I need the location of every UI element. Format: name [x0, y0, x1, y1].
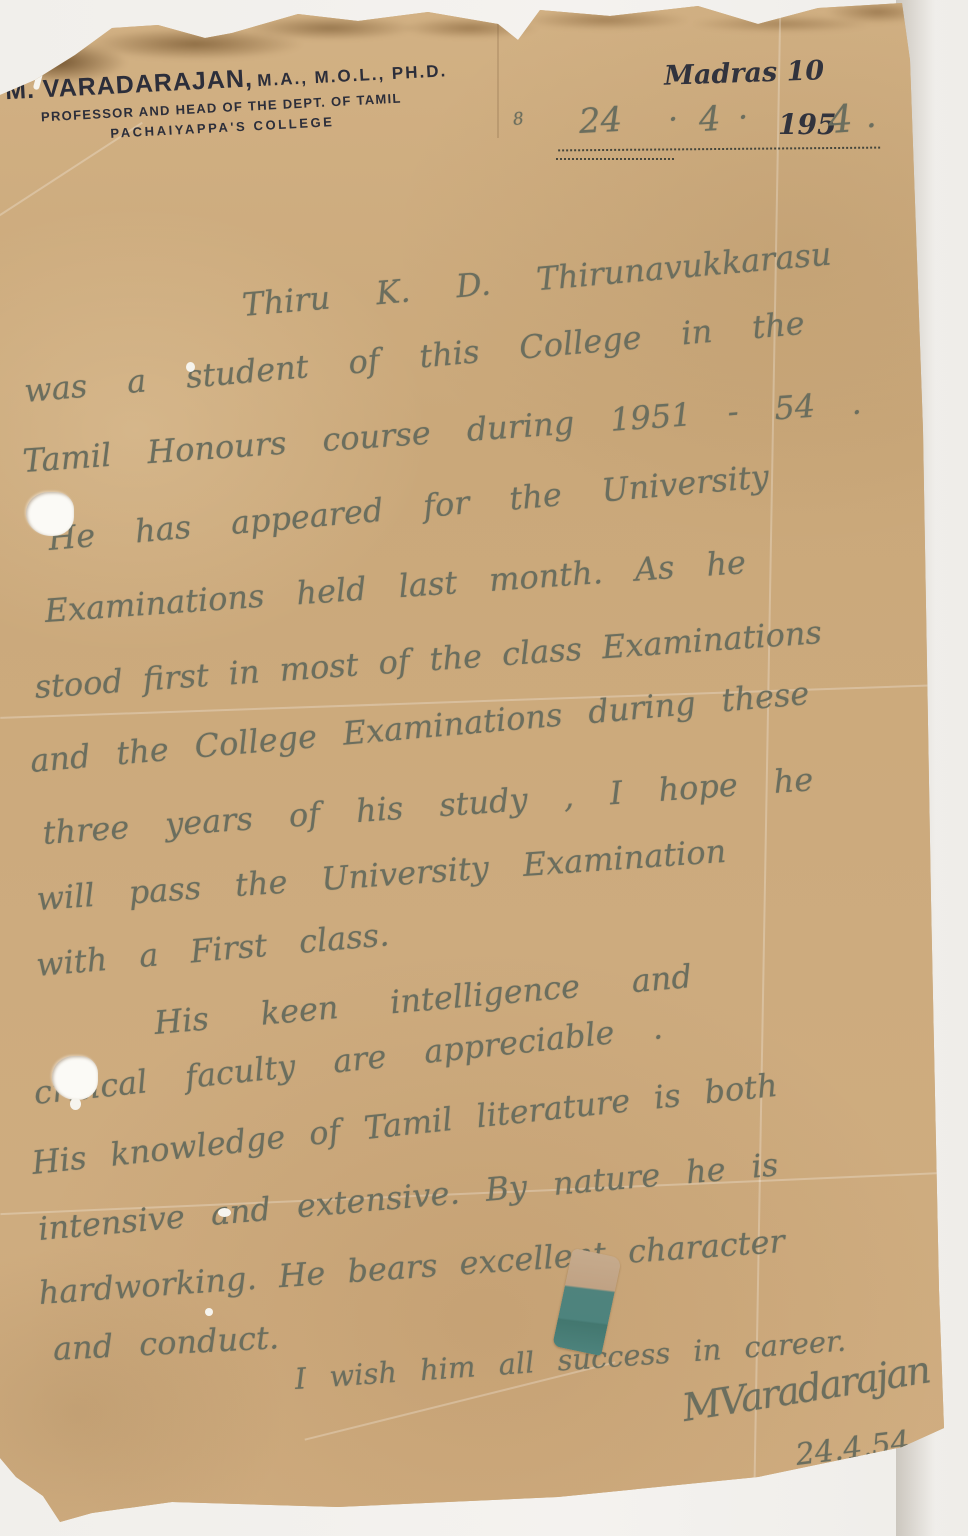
paper-speck	[218, 1208, 231, 1217]
handwritten-line: with a First class.	[35, 915, 391, 984]
handwritten-line: Examinations held last month. As he	[43, 543, 747, 630]
handwritten-line: was a student of this College in the	[23, 304, 806, 410]
scanned-letter: M. VARADARAJAN, M.A., M.O.L., PH.D. PROF…	[0, 0, 968, 1536]
handwritten-line: and conduct.	[52, 1318, 280, 1368]
paper-speck	[186, 362, 195, 372]
signature-date: 24.4.54	[794, 1424, 912, 1473]
professor-qualifications: M.A., M.O.L., PH.D.	[257, 61, 448, 90]
handwritten-line: He has appeared for the University	[47, 457, 771, 558]
ink-mark: 8	[512, 109, 525, 130]
date-dotted-rule-short	[556, 128, 674, 160]
professor-name: M. VARADARAJAN,	[4, 64, 253, 105]
paper-speck	[205, 1308, 213, 1316]
top-slit-crease	[497, 8, 499, 138]
letter-paper: M. VARADARAJAN, M.A., M.O.L., PH.D. PROF…	[0, 0, 968, 1536]
paper-hole	[52, 1056, 98, 1100]
paper-speck	[70, 1098, 81, 1110]
place-line: Madras 10	[664, 55, 825, 92]
paper-hole	[26, 492, 74, 536]
